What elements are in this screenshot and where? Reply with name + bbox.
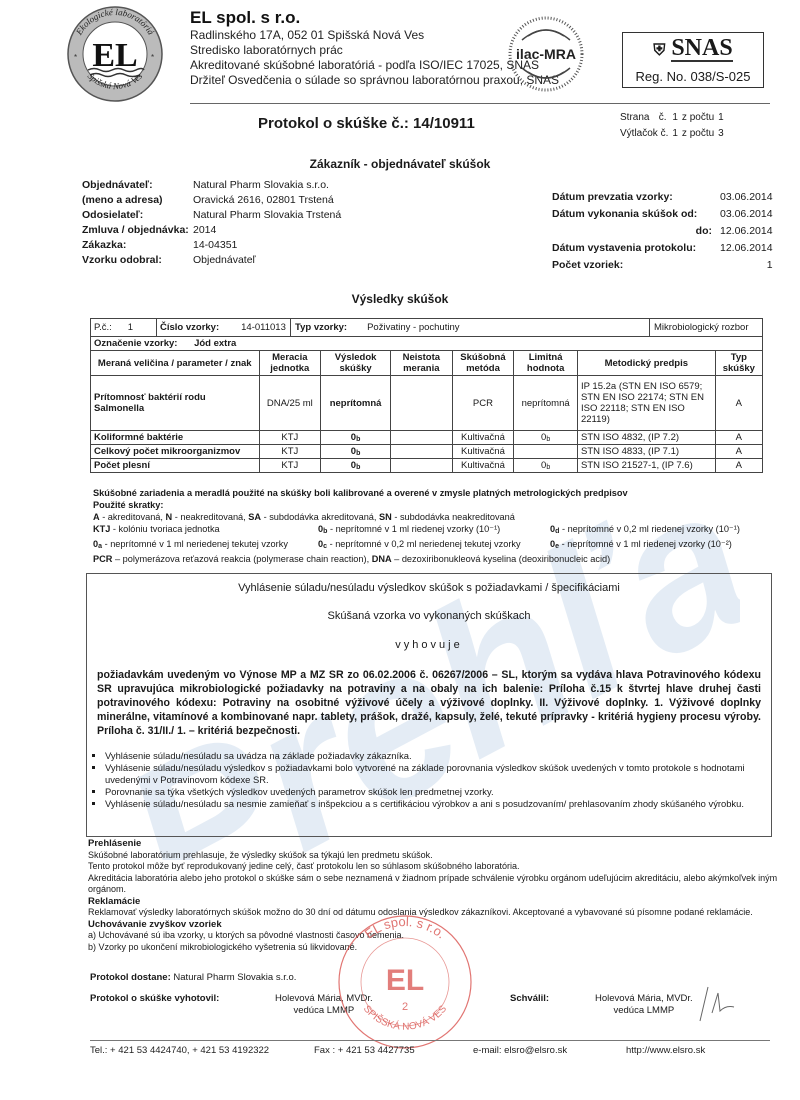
parameter-cell: Celkový počet mikroorganizmov [91,445,260,459]
abbreviations-line: A - akreditovaná, N - neakreditovaná, SA… [93,511,740,523]
abbr-desc: - akreditovaná, [100,512,166,522]
ilac-mra-logo: ilac-MRA [508,6,584,102]
customer-field-row: Zákazka:14-04351 [82,238,341,253]
method-cell: Kultivačná [452,459,514,473]
field-value: 14-04351 [193,238,341,253]
date-value: 1 [720,257,773,274]
calibration-note: Skúšobné zariadenia a meradlá použité na… [93,487,740,499]
footer-phone: Tel.: + 421 53 4424740, + 421 53 4192322 [90,1045,269,1056]
result-cell: 0b [321,431,391,445]
field-label: (meno a adresa) [82,193,193,208]
limit-cell: 0b [514,459,578,473]
statement-line: Akreditácia laboratória alebo jeho proto… [88,873,778,896]
standard-cell: STN ISO 4833, (IP 7.1) [577,445,715,459]
footer-divider [90,1040,770,1041]
of-label: z počtu [682,110,718,126]
shield-icon: ⛨ [653,42,665,59]
abbr-ktj-desc: - kolóniu tvoriaca jednotka [110,524,219,534]
field-label: Zákazka: [82,238,193,253]
recipient: Protokol dostane: Natural Pharm Slovakia… [90,972,296,983]
limit-subscript: b [546,436,550,443]
date-label: Dátum vystavenia protokolu: [552,240,720,257]
abbr-ktj: KTJ [93,524,110,534]
field-value: Natural Pharm Slovakia Trstená [193,208,341,223]
svg-text:EL: EL [386,964,424,997]
page-number: 1 [672,110,682,126]
table-row: Počet plesníKTJ0bKultivačná0bSTN ISO 215… [91,459,763,473]
abbr-b-desc: - neprítomné v 1 ml riedenej vzorky (10⁻… [327,524,500,534]
sample-info-row: P.č.: 1 Číslo vzorky: 14-011013 Typ vzor… [91,319,763,337]
customer-field-row: Odosielateľ:Natural Pharm Slovakia Trste… [82,208,341,223]
page-c: č. [659,110,673,126]
designation-value: Jód extra [194,338,236,349]
abbr-desc: - subdodávka neakreditovaná [392,512,515,522]
date-label: do: [552,223,720,240]
table-row: Prítomnosť baktérií rodu SalmonellaDNA/2… [91,376,763,431]
statement-line: Tento protokol môže byť reprodukovaný je… [88,861,778,873]
standard-cell: STN ISO 4832, (IP 7.2) [577,431,715,445]
pc-value: 1 [128,322,133,333]
page-label: Strana [620,110,659,126]
parameter-cell: Počet plesní [91,459,260,473]
limit-value: neprítomná [522,398,570,409]
date-row: Dátum prevzatia vzorky:03.06.2014 [552,189,773,206]
abbr-desc: - subdodávka akreditovaná, [261,512,379,522]
svg-text:*: * [151,53,154,62]
sample-type-label: Typ vzorky: [295,322,347,333]
limit-subscript: b [546,464,550,471]
type-cell: A [715,376,762,431]
notes: Skúšobné zariadenia a meradlá použité na… [93,487,740,565]
conformity-declaration: Vyhlásenie súladu/nesúladu výsledkov skú… [86,573,772,837]
result-subscript: b [356,450,360,457]
unit-cell: KTJ [259,459,321,473]
field-value: Objednávateľ [193,253,341,268]
result-subscript: b [356,436,360,443]
declaration-bullets: Vyhlásenie súladu/nesúladu sa uvádza na … [95,750,763,810]
column-header: Meracia jednotka [259,351,321,376]
type-cell: A [715,459,762,473]
method-cell: Kultivačná [452,431,514,445]
field-value: 2014 [193,223,341,238]
protocol-title: Protokol o skúške č.: 14/10911 [258,115,475,132]
column-header: Meraná veličina / parameter / znak [91,351,260,376]
footer-website[interactable]: http://www.elsro.sk [626,1045,705,1056]
copy-total: 3 [718,126,728,142]
column-header: Výsledok skúšky [321,351,391,376]
snas-reg: Reg. No. 038/S-025 [623,68,763,86]
table-row: Koliformné baktérieKTJ0bKultivačná0bSTN … [91,431,763,445]
abbr-key: SN [379,512,392,522]
company-address: Radlinského 17A, 052 01 Spišská Nová Ves [190,28,559,43]
result-cell: 0b [321,445,391,459]
unit-cell: KTJ [259,431,321,445]
declaration-bullet: Vyhlásenie súladu/nesúladu výsledkov s p… [105,762,763,786]
page-info: Strana č. 1 z počtu 1 Výtlačok č. 1 z po… [620,110,728,142]
abbr-d-desc: - neprítomné v 0,2 ml riedenej vzorky (1… [559,524,740,534]
sample-no-label: Číslo vzorky: [160,322,219,333]
abbr-a-desc: - neprítomné v 1 ml neriedenej tekutej v… [102,539,288,549]
date-value: 03.06.2014 [720,206,773,223]
svg-text:2: 2 [402,1001,408,1013]
customer-field-row: (meno a adresa)Oravická 2616, 02801 Trst… [82,193,341,208]
date-row: do:12.06.2014 [552,223,773,240]
date-fields: Dátum prevzatia vzorky:03.06.2014Dátum v… [552,189,773,274]
complaints-heading: Reklamácie [88,896,778,908]
customer-field-row: Objednávateľ:Natural Pharm Slovakia s.r.… [82,178,341,193]
column-header: Limitná hodnota [514,351,578,376]
approved-by-label: Schválil: [510,993,549,1004]
standard-cell: STN ISO 21527-1, (IP 7.6) [577,459,715,473]
copy-label: Výtlačok č. [620,126,672,142]
svg-text:*: * [74,53,77,62]
statement-heading: Prehlásenie [88,838,778,850]
result-subscript: b [356,464,360,471]
declaration-subtitle: Skúšaná vzorka vo vykonaných skúškach [87,610,771,622]
column-header: Metodický predpis [577,351,715,376]
signature-mark [690,983,740,1023]
company-certificate: Držiteľ Osvedčenia o súlade so správnou … [190,73,559,88]
field-value: Oravická 2616, 02801 Trstená [193,193,341,208]
date-row: Počet vzoriek:1 [552,257,773,274]
column-header: Neistota merania [391,351,453,376]
abbr-dna-desc: – dezoxiribonukleová kyselina (deoxiribo… [392,554,611,564]
uncertainty-cell [391,459,453,473]
abbr-c-desc: - neprítomné v 0,2 ml neriedenej tekutej… [327,539,521,549]
field-label: Zmluva / objednávka: [82,223,193,238]
abbr-desc: - neakreditovaná, [172,512,248,522]
unit-cell: KTJ [259,445,321,459]
recipient-value: Natural Pharm Slovakia s.r.o. [171,972,297,983]
abbr-key: SA [248,512,261,522]
customer-field-row: Zmluva / objednávka:2014 [82,223,341,238]
result-cell: 0b [321,459,391,473]
declaration-bullet: Porovnanie sa týka všetkých výsledkov uv… [105,786,763,798]
pc-label: P.č.: [94,322,112,333]
abbr-dna: DNA [372,554,392,564]
date-label: Dátum vykonania skúšok od: [552,206,720,223]
customer-section-title: Zákazník - objednávateľ skúšok [0,157,800,171]
recipient-label: Protokol dostane: [90,972,171,983]
declaration-title: Vyhlásenie súladu/nesúladu výsledkov skú… [87,582,771,594]
svg-text:ilac-MRA: ilac-MRA [516,46,576,62]
el-logo: EL * * Ekologické laboratóriá Spišská No… [60,4,170,104]
uncertainty-cell [391,445,453,459]
footer-fax: Fax : + 421 53 4427735 [314,1045,415,1056]
abbr-pcr: PCR [93,554,112,564]
prepared-by-label: Protokol o skúške vyhotovil: [90,993,219,1004]
unit-cell: DNA/25 ml [259,376,321,431]
declaration-verdict: vyhovuje [87,639,771,651]
parameter-cell: Prítomnosť baktérií rodu Salmonella [91,376,260,431]
company-info: EL spol. s r.o. Radlinského 17A, 052 01 … [190,8,559,88]
table-row: Celkový počet mikroorganizmovKTJ0bKultiv… [91,445,763,459]
sample-no-value: 14-011013 [241,322,286,333]
page-total: 1 [718,110,728,126]
designation-row: Označenie vzorky: Jód extra [91,337,763,351]
statement-line: Skúšobné laboratórium prehlasuje, že výs… [88,850,778,862]
type-cell: A [715,445,762,459]
company-accreditation: Akreditované skúšobné laboratóriá - podľ… [190,58,559,73]
header-divider [190,103,770,104]
limit-cell [514,445,578,459]
field-label: Odosielateľ: [82,208,193,223]
field-label: Vzorku odobral: [82,253,193,268]
customer-field-row: Vzorku odobral:Objednávateľ [82,253,341,268]
limit-cell: 0b [514,431,578,445]
results-section-title: Výsledky skúšok [0,292,800,306]
svg-text:EL spol. s r.o.: EL spol. s r.o. [362,914,449,942]
date-row: Dátum vystavenia protokolu:12.06.2014 [552,240,773,257]
snas-label: SNAS [671,36,732,62]
sample-type-value: Poživatiny - pochutiny [367,322,459,333]
abbreviations-title: Použité skratky: [93,499,740,511]
column-header: Skúšobná metóda [452,351,514,376]
of-label: z počtu [682,126,718,142]
date-value: 12.06.2014 [720,240,773,257]
limit-cell: neprítomná [514,376,578,431]
declaration-bullet: Vyhlásenie súladu/nesúladu sa nesmie zam… [105,798,763,810]
standard-cell: IP 15.2a (STN EN ISO 6579; STN EN ISO 22… [577,376,715,431]
field-value: Natural Pharm Slovakia s.r.o. [193,178,341,193]
result-cell: neprítomná [321,376,391,431]
date-value: 12.06.2014 [720,223,773,240]
abbr-pcr-desc: – polymerázova reťazová reakcia (polymer… [112,554,371,564]
approved-by-name: Holevová Mária, MVDr. [595,993,693,1005]
field-label: Objednávateľ: [82,178,193,193]
type-cell: A [715,431,762,445]
results-header-row: Meraná veličina / parameter / znakMeraci… [91,351,763,376]
designation-label: Označenie vzorky: [94,338,177,349]
copy-number: 1 [672,126,682,142]
lab-stamp: EL spol. s r.o. SPIŠSKÁ NOVÁ VES EL 2 [335,912,475,1052]
abbr-e-desc: - neprítomné v 1 ml riedenej vzorky (10⁻… [559,539,732,549]
method-cell: PCR [452,376,514,431]
declaration-paragraph: požiadavkám uvedeným vo Výnose MP a MZ S… [97,668,761,738]
date-label: Dátum prevzatia vzorky: [552,189,720,206]
analysis-type: Mikrobiologický rozbor [649,319,762,336]
snas-badge: ⛨ SNAS Reg. No. 038/S-025 [622,32,764,88]
company-center: Stredisko laboratórnych prác [190,43,559,58]
results-table: P.č.: 1 Číslo vzorky: 14-011013 Typ vzor… [90,318,763,473]
footer-email[interactable]: e-mail: elsro@elsro.sk [473,1045,567,1056]
company-name: EL spol. s r.o. [190,8,559,28]
parameter-cell: Koliformné baktérie [91,431,260,445]
approved-by-role: vedúca LMMP [595,1005,693,1017]
date-value: 03.06.2014 [720,189,773,206]
date-label: Počet vzoriek: [552,257,720,274]
column-header: Typ skúšky [715,351,762,376]
method-cell: Kultivačná [452,445,514,459]
uncertainty-cell [391,376,453,431]
abbr-key: A [93,512,100,522]
date-row: Dátum vykonania skúšok od:03.06.2014 [552,206,773,223]
uncertainty-cell [391,431,453,445]
result-value: neprítomná [330,398,382,409]
customer-fields: Objednávateľ:Natural Pharm Slovakia s.r.… [82,178,341,268]
declaration-bullet: Vyhlásenie súladu/nesúladu sa uvádza na … [105,750,763,762]
